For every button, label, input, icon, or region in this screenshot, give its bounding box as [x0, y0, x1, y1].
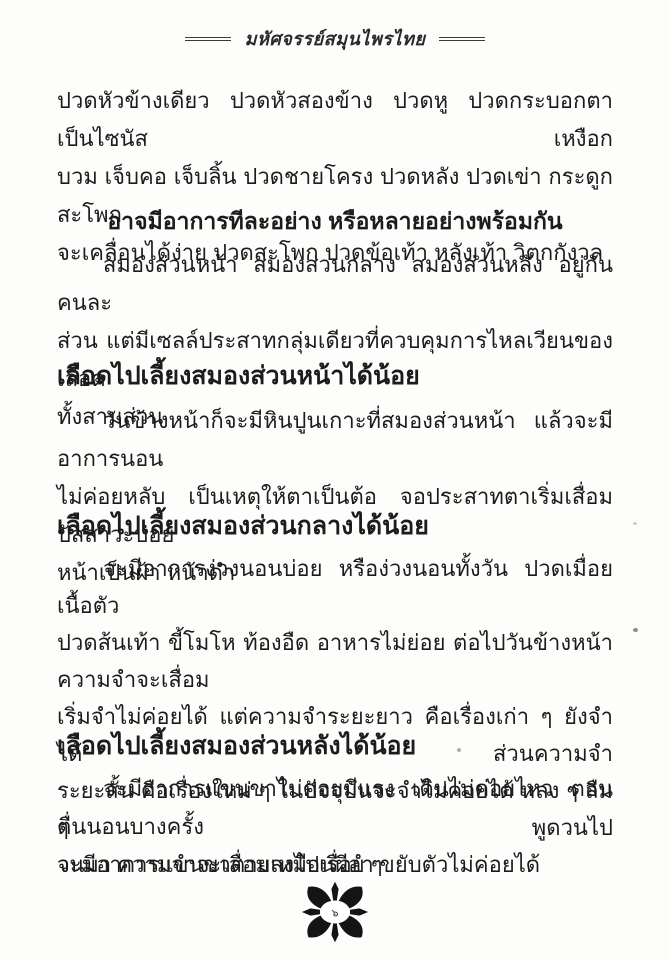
section-heading-front-brain: เลือดไปเลี้ยงสมองส่วนหน้าได้น้อย	[57, 358, 613, 394]
footer-ornament: ๖	[0, 880, 670, 944]
page-number: ๖	[332, 907, 339, 919]
running-head: มหัศจรรย์สมุนไพรไทย	[0, 24, 670, 53]
thai-flower-ornament-icon: ๖	[299, 880, 371, 944]
header-rule-left	[185, 37, 231, 41]
text-line: ปวดส้นเท้า ขี้โมโห ท้องอืด อาหารไม่ย่อย …	[57, 624, 613, 698]
text-line: จะมีอาการแขนขาไม่ค่อยมีแรง เดินไม่ค่อยไห…	[57, 770, 613, 846]
scan-artifact-dot	[633, 628, 638, 632]
scan-artifact-dot	[457, 748, 461, 752]
section-heading-rear-brain: เลือดไปเลี้ยงสมองส่วนหลังได้น้อย	[57, 728, 613, 764]
book-title: มหัศจรรย์สมุนไพรไทย	[245, 24, 426, 53]
paragraph-symptom-list: ปวดหัวข้างเดียว ปวดหัวสองข้าง ปวดหู ปวดก…	[57, 82, 613, 272]
paragraph-rear-brain: จะมีอาการแขนขาไม่ค่อยมีแรง เดินไม่ค่อยไห…	[57, 770, 613, 884]
section-heading-mid-brain: เลือดไปเลี้ยงสมองส่วนกลางได้น้อย	[57, 508, 613, 544]
text-line: จะมีอาการง่วงนอนบ่อย หรือง่วงนอนทั้งวัน …	[57, 550, 613, 624]
text-line: วันข้างหน้าก็จะมีหินปูนเกาะที่สมองส่วนหน…	[57, 402, 613, 478]
scan-artifact-dot	[633, 522, 637, 525]
subhead-symptoms: อาจมีอาการทีละอย่าง หรือหลายอย่างพร้อมกั…	[57, 204, 613, 238]
scanned-book-page: มหัศจรรย์สมุนไพรไทย ปวดหัวข้างเดียว ปวดห…	[0, 0, 670, 960]
text-line: ปวดหัวข้างเดียว ปวดหัวสองข้าง ปวดหู ปวดก…	[57, 82, 613, 158]
text-line: สมองส่วนหน้า สมองส่วนกลาง สมองส่วนหลัง อ…	[57, 246, 613, 322]
header-rule-right	[439, 37, 485, 41]
text-line: จะมีอาการแขนขาตายเหมือนผีอำ ขยับตัวไม่ค่…	[57, 846, 613, 884]
